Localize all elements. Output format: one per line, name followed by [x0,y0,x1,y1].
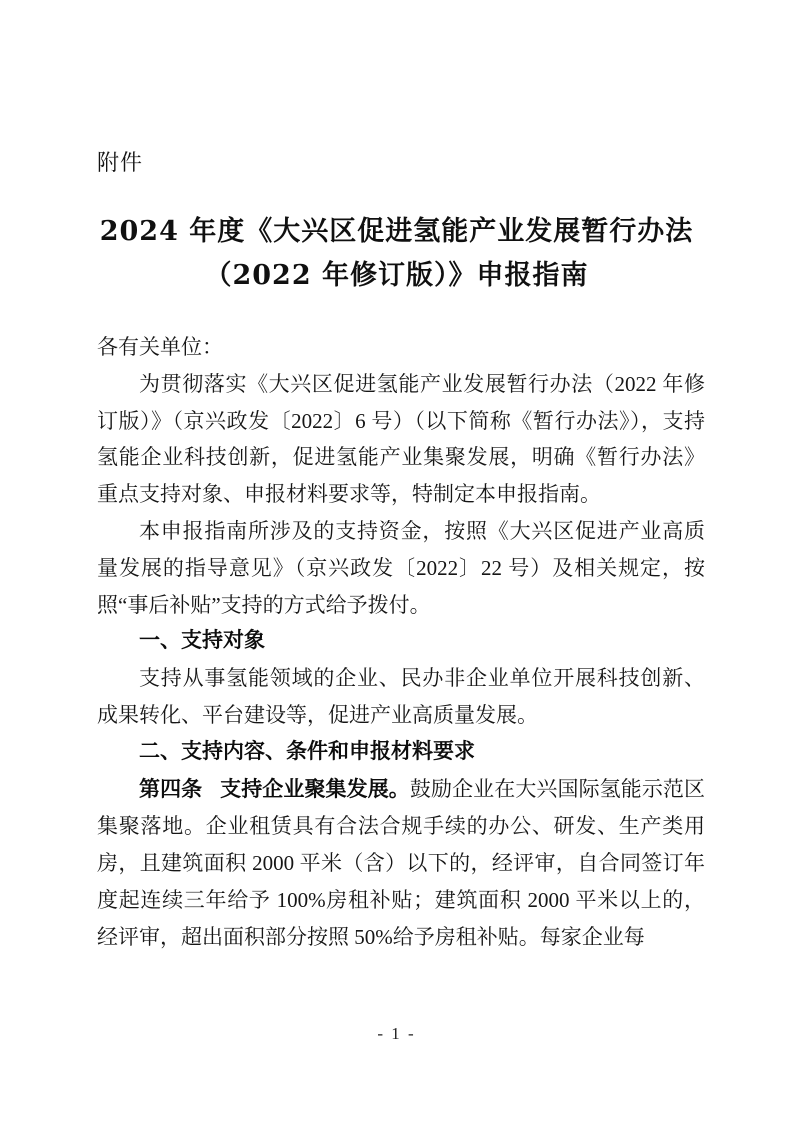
document-title: 2024 年度《大兴区促进氢能产业发展暂行办法 （2022 年修订版）》申报指南 [70,210,723,298]
page-number: - 1 - [0,1024,793,1044]
intro-paragraph-1: 为贯彻落实《大兴区促进氢能产业发展暂行办法（2022 年修订版）》（京兴政发〔2… [97,366,705,513]
article-4-number: 第四条 [139,778,202,801]
article-4-paragraph: 第四条支持企业聚集发展。鼓励企业在大兴国际氢能示范区集聚落地。企业租赁具有合法合… [97,771,705,956]
intro-paragraph-2: 本申报指南所涉及的支持资金，按照《大兴区促进产业高质量发展的指导意见》（京兴政发… [97,513,705,623]
section-1-heading: 一、支持对象 [97,623,705,660]
section-1-body: 支持从事氢能领域的企业、民办非企业单位开展科技创新、成果转化、平台建设等，促进产… [97,660,705,734]
document-body: 各有关单位： 为贯彻落实《大兴区促进氢能产业发展暂行办法（2022 年修订版）》… [97,329,705,974]
article-4-body: 鼓励企业在大兴国际氢能示范区集聚落地。企业租赁具有合法合规手续的办公、研发、生产… [97,777,705,949]
document-title-line-2: （2022 年修订版）》申报指南 [70,254,723,298]
article-4-title: 支持企业聚集发展。 [220,778,410,801]
document-title-line-1: 2024 年度《大兴区促进氢能产业发展暂行办法 [70,210,723,254]
document-page: 附件 2024 年度《大兴区促进氢能产业发展暂行办法 （2022 年修订版）》申… [0,0,793,1122]
salutation: 各有关单位： [97,329,705,366]
attachment-label: 附件 [97,146,143,177]
section-2-heading: 二、支持内容、条件和申报材料要求 [97,734,705,771]
